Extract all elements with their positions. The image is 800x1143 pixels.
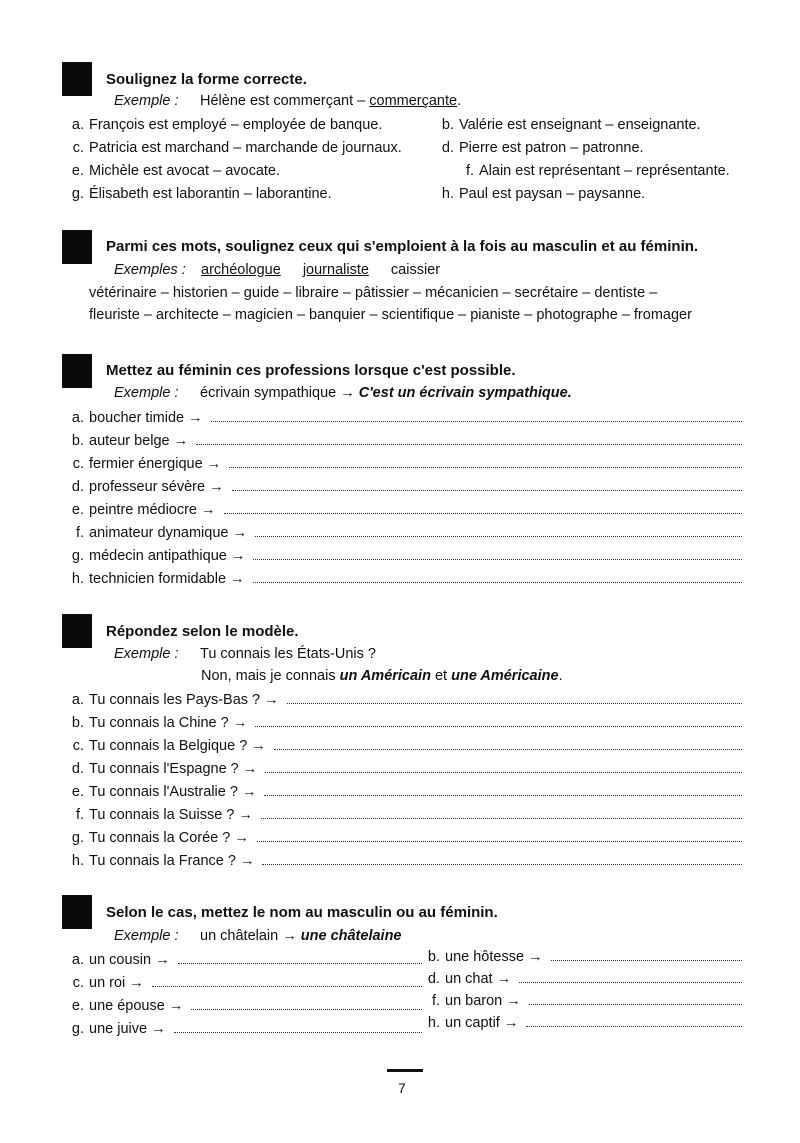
answer-field[interactable] bbox=[178, 962, 422, 964]
item-prompt: une hôtesse → bbox=[445, 949, 543, 965]
answer-field[interactable] bbox=[287, 702, 742, 704]
item-letter: b. bbox=[64, 433, 84, 449]
item-prompt: auteur belge → bbox=[89, 433, 188, 449]
answer-row: e.peintre médiocre → bbox=[64, 502, 742, 518]
exercise-5-example: Exemple :un châtelain → une châtelaine bbox=[114, 928, 402, 944]
item-prompt: technicien formidable → bbox=[89, 571, 245, 587]
exercise-4-example: Exemple :Tu connais les États-Unis ? bbox=[114, 646, 376, 662]
answer-field[interactable] bbox=[253, 558, 742, 560]
item-prompt: Tu connais l'Australie ? → bbox=[89, 784, 256, 800]
answer-row: b.une hôtesse → bbox=[420, 949, 742, 965]
answer-field[interactable] bbox=[196, 443, 742, 445]
item-letter: h. bbox=[64, 853, 84, 869]
item-prompt: Tu connais la Belgique ? → bbox=[89, 738, 266, 754]
list-item: f.Alain est représentant – représentante… bbox=[454, 163, 730, 179]
answer-row: a.boucher timide → bbox=[64, 410, 742, 426]
list-item: a.François est employé – employée de ban… bbox=[64, 117, 382, 133]
item-letter: a. bbox=[64, 952, 84, 968]
answer-row: e.Tu connais l'Australie ? → bbox=[64, 784, 742, 800]
answer-row: h.Tu connais la France ? → bbox=[64, 853, 742, 869]
answer-field[interactable] bbox=[211, 420, 742, 422]
list-item: c.Patricia est marchand – marchande de j… bbox=[64, 140, 402, 156]
answer-field[interactable] bbox=[551, 959, 742, 961]
exercise-3-example: Exemple :écrivain sympathique → C'est un… bbox=[114, 385, 572, 401]
item-letter: a. bbox=[64, 410, 84, 426]
answer-field[interactable] bbox=[174, 1031, 422, 1033]
item-prompt: une épouse → bbox=[89, 998, 183, 1014]
exercise-2-example: Exemples :archéologuejournalistecaissier bbox=[114, 262, 440, 278]
item-prompt: un roi → bbox=[89, 975, 144, 991]
item-letter: b. bbox=[420, 949, 440, 965]
answer-row: f.Tu connais la Suisse ? → bbox=[64, 807, 742, 823]
answer-field[interactable] bbox=[224, 512, 742, 514]
answer-row: e.une épouse → bbox=[64, 998, 422, 1014]
answer-field[interactable] bbox=[191, 1008, 422, 1010]
answer-field[interactable] bbox=[152, 985, 422, 987]
item-prompt: Tu connais les Pays-Bas ? → bbox=[89, 692, 279, 708]
item-prompt: professeur sévère → bbox=[89, 479, 224, 495]
exercise-marker bbox=[62, 230, 92, 264]
answer-row: d.professeur sévère → bbox=[64, 479, 742, 495]
answer-row: c.un roi → bbox=[64, 975, 422, 991]
answer-row: a.un cousin → bbox=[64, 952, 422, 968]
item-prompt: boucher timide → bbox=[89, 410, 203, 426]
answer-field[interactable] bbox=[261, 817, 742, 819]
item-prompt: une juive → bbox=[89, 1021, 166, 1037]
item-letter: d. bbox=[64, 479, 84, 495]
item-letter: b. bbox=[64, 715, 84, 731]
answer-row: g.une juive → bbox=[64, 1021, 422, 1037]
item-prompt: peintre médiocre → bbox=[89, 502, 216, 518]
answer-field[interactable] bbox=[526, 1025, 742, 1027]
exercise-4-example-answer: Non, mais je connais un Américain et une… bbox=[201, 668, 563, 684]
answer-row: h.technicien formidable → bbox=[64, 571, 742, 587]
item-prompt: animateur dynamique → bbox=[89, 525, 247, 541]
answer-row: g.Tu connais la Corée ? → bbox=[64, 830, 742, 846]
answer-field[interactable] bbox=[529, 1003, 742, 1005]
item-prompt: Tu connais la Suisse ? → bbox=[89, 807, 253, 823]
list-item: h.Paul est paysan – paysanne. bbox=[434, 186, 645, 202]
answer-row: a.Tu connais les Pays-Bas ? → bbox=[64, 692, 742, 708]
item-letter: g. bbox=[64, 830, 84, 846]
exercise-1-title: Soulignez la forme correcte. bbox=[106, 71, 307, 88]
item-letter: h. bbox=[64, 571, 84, 587]
list-item: g.Élisabeth est laborantin – laborantine… bbox=[64, 186, 332, 202]
item-letter: g. bbox=[64, 548, 84, 564]
exercise-4-title: Répondez selon le modèle. bbox=[106, 623, 299, 640]
item-prompt: un cousin → bbox=[89, 952, 170, 968]
item-letter: f. bbox=[64, 525, 84, 541]
item-letter: c. bbox=[64, 738, 84, 754]
exercise-marker bbox=[62, 354, 92, 388]
answer-field[interactable] bbox=[265, 771, 742, 773]
item-letter: e. bbox=[64, 502, 84, 518]
list-item: b.Valérie est enseignant – enseignante. bbox=[434, 117, 701, 133]
answer-field[interactable] bbox=[255, 725, 742, 727]
answer-field[interactable] bbox=[229, 466, 742, 468]
item-letter: c. bbox=[64, 456, 84, 472]
exercise-marker bbox=[62, 62, 92, 96]
word-list-line: fleuriste – architecte – magicien – banq… bbox=[89, 307, 692, 323]
answer-row: c.fermier énergique → bbox=[64, 456, 742, 472]
item-letter: d. bbox=[64, 761, 84, 777]
exercise-3-title: Mettez au féminin ces professions lorsqu… bbox=[106, 362, 516, 379]
exercise-marker bbox=[62, 614, 92, 648]
item-prompt: un captif → bbox=[445, 1015, 518, 1031]
item-prompt: Tu connais la Chine ? → bbox=[89, 715, 247, 731]
answer-field[interactable] bbox=[274, 748, 742, 750]
list-item: e.Michèle est avocat – avocate. bbox=[64, 163, 280, 179]
item-prompt: Tu connais la France ? → bbox=[89, 853, 254, 869]
answer-row: b.auteur belge → bbox=[64, 433, 742, 449]
answer-row: d.un chat → bbox=[420, 971, 742, 987]
item-prompt: fermier énergique → bbox=[89, 456, 221, 472]
answer-field[interactable] bbox=[232, 489, 742, 491]
example-label: Exemple : bbox=[114, 93, 200, 109]
answer-row: c.Tu connais la Belgique ? → bbox=[64, 738, 742, 754]
item-prompt: un chat → bbox=[445, 971, 511, 987]
item-prompt: Tu connais l'Espagne ? → bbox=[89, 761, 257, 777]
exercise-2-title: Parmi ces mots, soulignez ceux qui s'emp… bbox=[106, 238, 698, 255]
item-letter: e. bbox=[64, 998, 84, 1014]
answer-field[interactable] bbox=[253, 581, 742, 583]
answer-row: d.Tu connais l'Espagne ? → bbox=[64, 761, 742, 777]
page-number-rule bbox=[387, 1069, 423, 1072]
answer-row: b.Tu connais la Chine ? → bbox=[64, 715, 742, 731]
item-prompt: médecin antipathique → bbox=[89, 548, 245, 564]
item-letter: h. bbox=[420, 1015, 440, 1031]
item-letter: g. bbox=[64, 1021, 84, 1037]
item-prompt: un baron → bbox=[445, 993, 521, 1009]
answer-field[interactable] bbox=[257, 840, 742, 842]
answer-field[interactable] bbox=[519, 981, 742, 983]
exercise-marker bbox=[62, 895, 92, 929]
item-letter: d. bbox=[420, 971, 440, 987]
exercise-5-title: Selon le cas, mettez le nom au masculin … bbox=[106, 904, 498, 921]
answer-row: f.un baron → bbox=[420, 993, 742, 1009]
answer-row: f.animateur dynamique → bbox=[64, 525, 742, 541]
item-prompt: Tu connais la Corée ? → bbox=[89, 830, 249, 846]
word-list-line: vétérinaire – historien – guide – librai… bbox=[89, 285, 657, 301]
answer-row: g.médecin antipathique → bbox=[64, 548, 742, 564]
answer-field[interactable] bbox=[264, 794, 742, 796]
page-number: 7 bbox=[398, 1080, 406, 1096]
item-letter: e. bbox=[64, 784, 84, 800]
exercise-1-example: Exemple :Hélène est commerçant – commerç… bbox=[114, 93, 461, 109]
item-letter: a. bbox=[64, 692, 84, 708]
item-letter: c. bbox=[64, 975, 84, 991]
item-letter: f. bbox=[64, 807, 84, 823]
answer-field[interactable] bbox=[262, 863, 742, 865]
answer-field[interactable] bbox=[255, 535, 742, 537]
item-letter: f. bbox=[420, 993, 440, 1009]
list-item: d.Pierre est patron – patronne. bbox=[434, 140, 644, 156]
answer-row: h.un captif → bbox=[420, 1015, 742, 1031]
